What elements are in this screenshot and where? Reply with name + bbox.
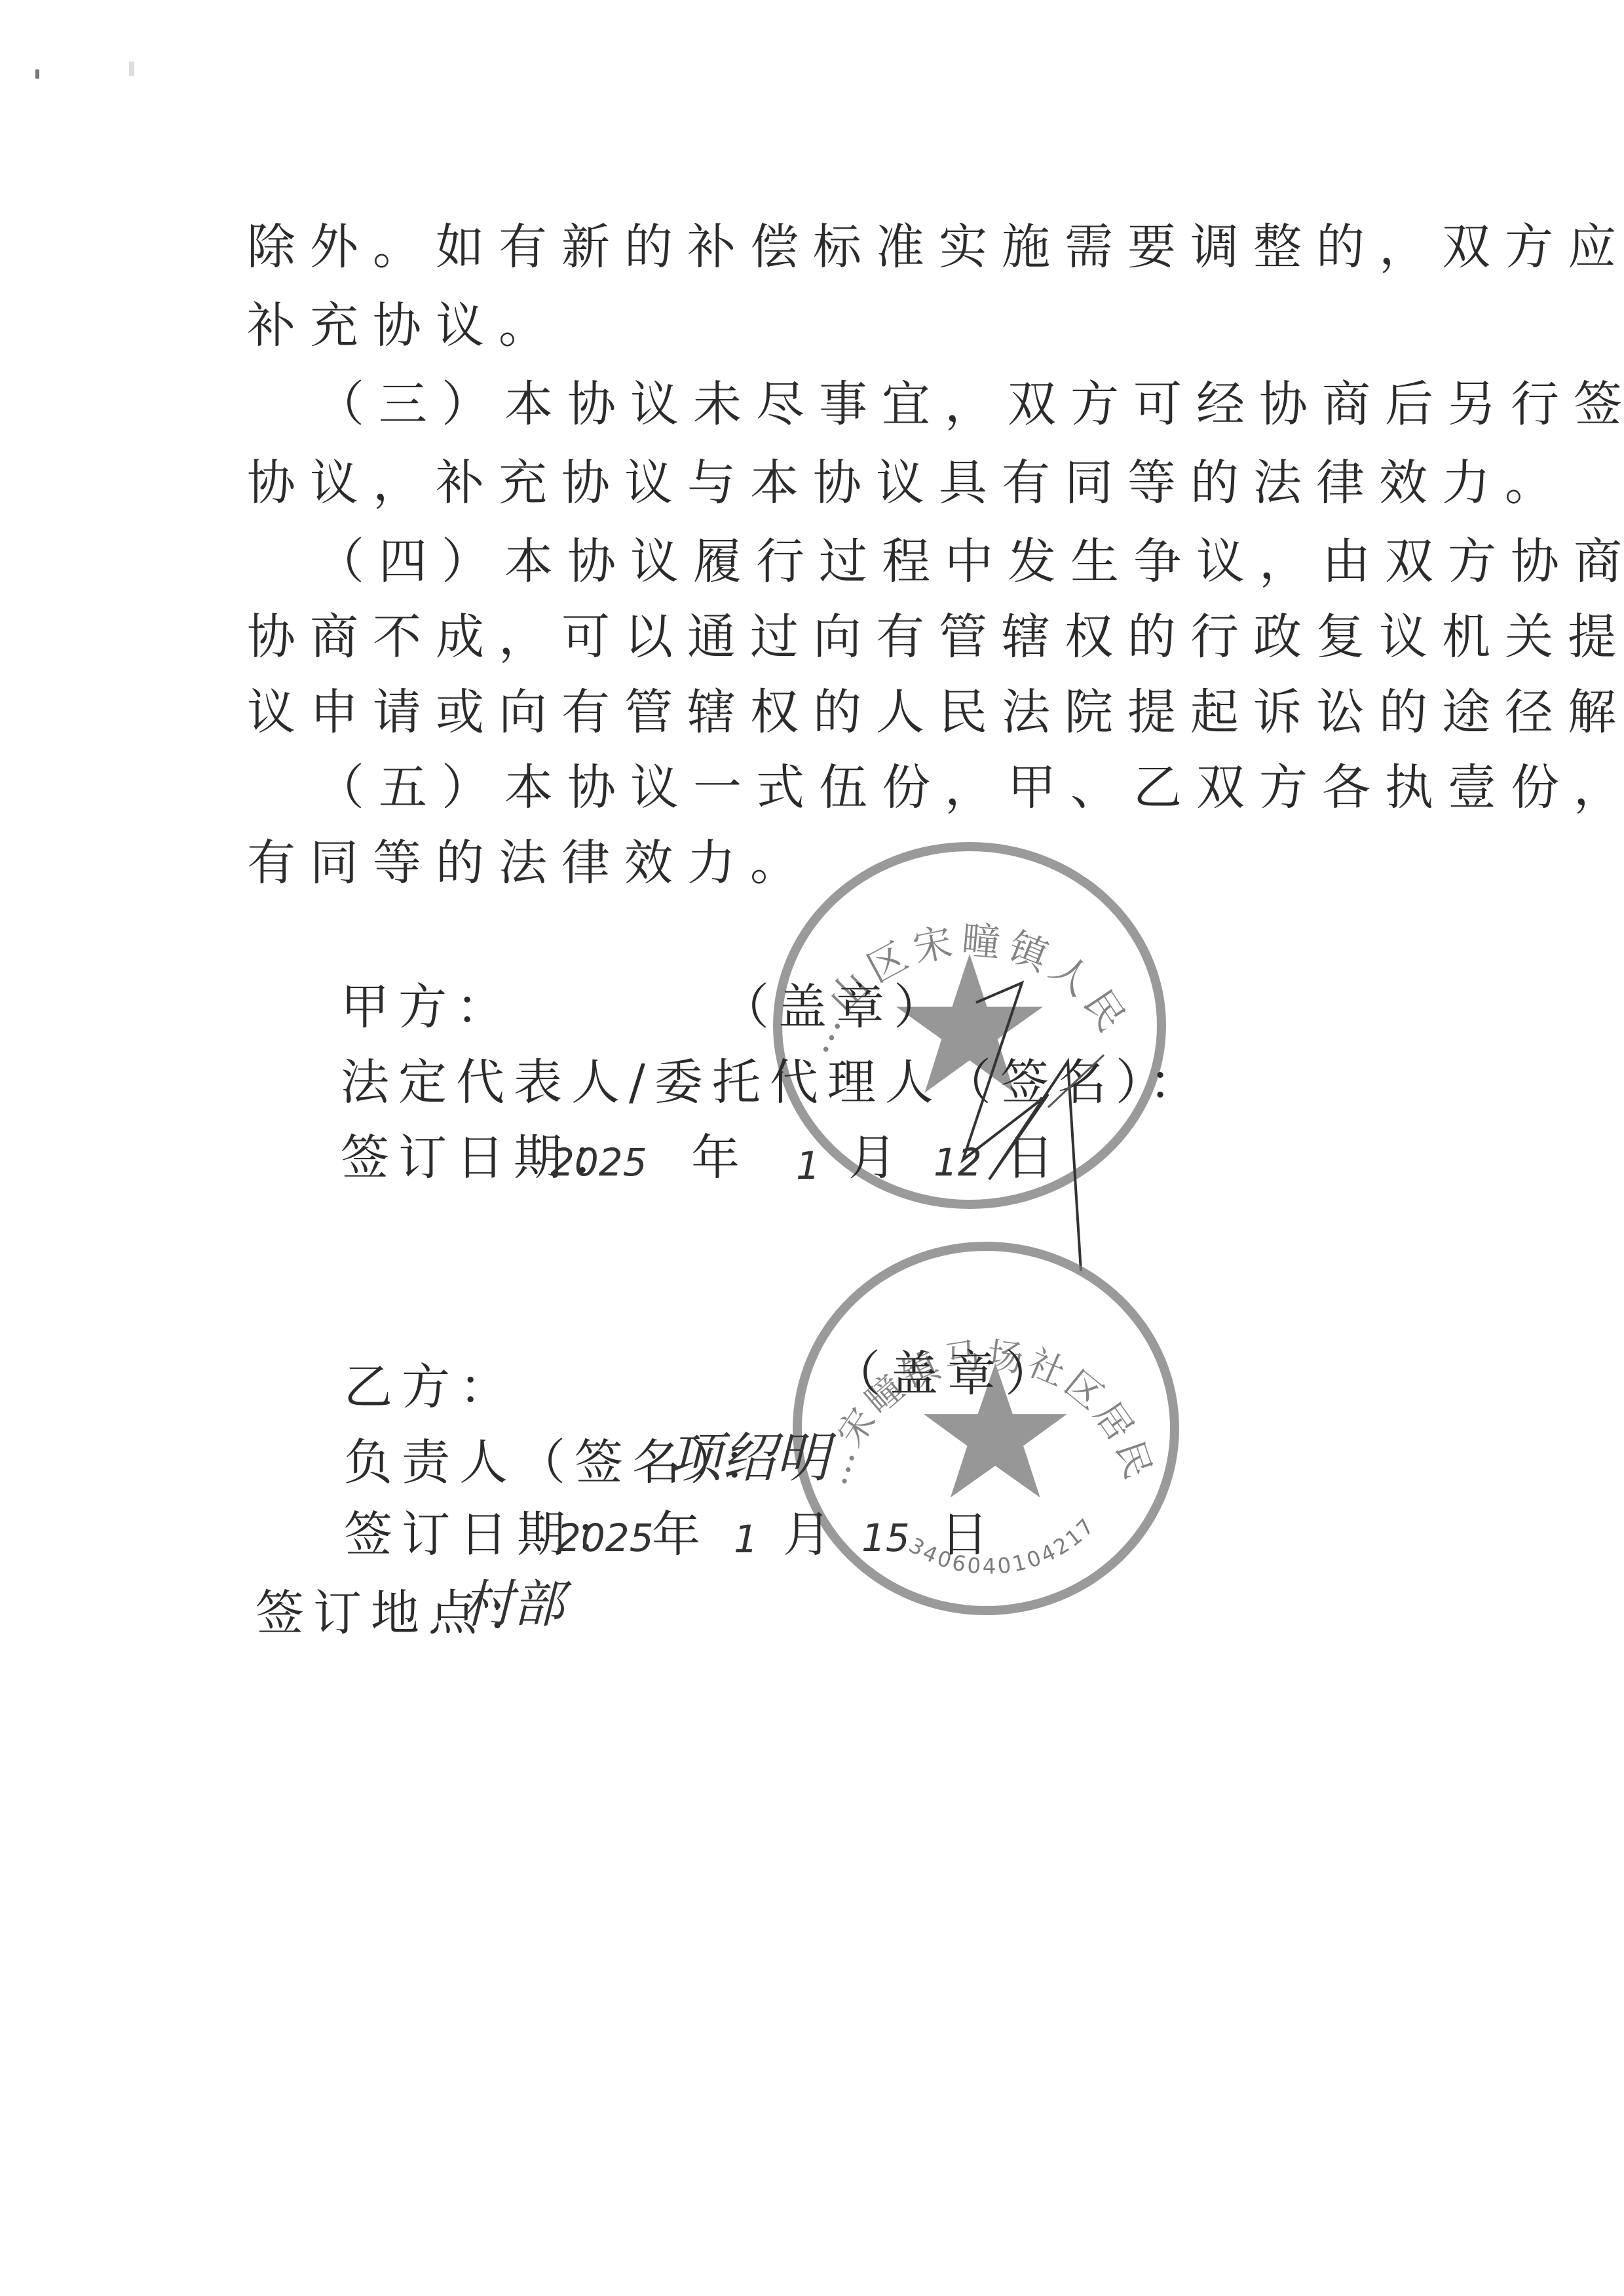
party-b-date-month: 1 bbox=[734, 1520, 758, 1558]
party-a-label: 甲方： bbox=[341, 983, 514, 1031]
body-line: 除外。如有新的补偿标准实施需要调整的，双方应另行签订 bbox=[247, 223, 1624, 271]
month-unit: 月 bbox=[848, 1134, 906, 1182]
party-b-label: 乙方： bbox=[344, 1363, 517, 1411]
month-unit: 月 bbox=[783, 1510, 840, 1559]
scan-artifact bbox=[129, 62, 134, 76]
location-value: 村部 bbox=[462, 1579, 564, 1630]
party-b-seal-note: （盖章） bbox=[832, 1350, 1063, 1398]
clause-3-line: （三）本协议未尽事宜，双方可经协商后另行签订补充 bbox=[316, 380, 1624, 429]
body-line: 有同等的法律效力。 bbox=[247, 839, 813, 887]
party-b-date-year: 2025 bbox=[557, 1519, 654, 1557]
clause-5-line: （五）本协议一式伍份，甲、乙双方各执壹份，每份具 bbox=[316, 763, 1624, 812]
party-a-signature bbox=[950, 963, 1120, 1271]
party-a-date-month: 1 bbox=[796, 1147, 820, 1185]
year-unit: 年 bbox=[652, 1510, 709, 1559]
party-a-seal-note: （盖章） bbox=[721, 983, 951, 1031]
body-line: 协议，补充协议与本协议具有同等的法律效力。 bbox=[247, 459, 1568, 507]
document-page: 除外。如有新的补偿标准实施需要调整的，双方应另行签订 补充协议。 （三）本协议未… bbox=[0, 0, 1624, 2296]
scan-artifact bbox=[35, 69, 39, 79]
day-unit: 日 bbox=[940, 1510, 998, 1559]
svg-text:3406040104217: 3406040104217 bbox=[905, 1512, 1101, 1579]
party-a-date-year: 2025 bbox=[550, 1143, 647, 1181]
seal-code: 3406040104217 bbox=[905, 1512, 1101, 1579]
body-line: 补充协议。 bbox=[247, 301, 561, 350]
year-unit: 年 bbox=[691, 1134, 749, 1182]
body-line: 协商不成，可以通过向有管辖权的行政复议机关提出行政复 bbox=[247, 613, 1624, 661]
party-b-date-day: 15 bbox=[861, 1519, 910, 1557]
body-line: 议申请或向有管辖权的人民法院提起诉讼的途径解决。 bbox=[247, 688, 1624, 737]
party-b-signature: 项绍明 bbox=[668, 1432, 829, 1485]
clause-4-line: （四）本协议履行过程中发生争议，由双方协商处理， bbox=[316, 537, 1624, 586]
